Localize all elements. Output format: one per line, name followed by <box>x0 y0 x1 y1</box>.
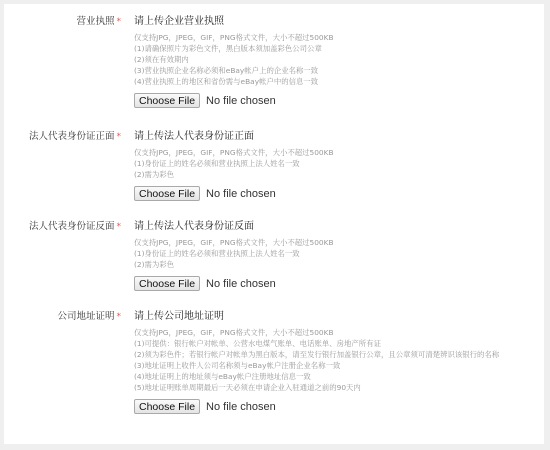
hint-line: 仅支持JPG，JPEG，GIF，PNG格式文件，大小不超过500KB <box>134 147 544 158</box>
file-status: No file chosen <box>206 278 276 290</box>
file-input[interactable]: Choose File No file chosen <box>134 93 544 108</box>
required-asterisk: * <box>117 132 122 142</box>
hint-line: (5)地址证明账单周期最后一天必须在申请企业入驻通道之前的90天内 <box>134 382 544 393</box>
file-input[interactable]: Choose File No file chosen <box>134 276 544 291</box>
hint-line: 仅支持JPG，JPEG，GIF，PNG格式文件，大小不超过500KB <box>134 327 544 338</box>
upload-form-panel: 营业执照* 请上传企业营业执照 仅支持JPG，JPEG，GIF，PNG格式文件，… <box>4 4 544 444</box>
file-status: No file chosen <box>206 95 276 107</box>
hint-line: (2)须为彩色件；若银行帐户对帐单为黑白版本，请至发行银行加盖银行公章，且公章须… <box>134 349 514 360</box>
upload-title: 请上传法人代表身份证反面 <box>134 220 544 234</box>
hint-line: (1)身份证上的姓名必须和营业执照上法人姓名一致 <box>134 248 544 259</box>
hint-line: (3)营业执照企业名称必须和eBay帐户上的企业名称一致 <box>134 65 544 76</box>
hint-line: (1)请确保照片为彩色文件，黑白版本须加盖彩色公司公章 <box>134 43 544 54</box>
hint-line: (1)可提供：银行帐户对帐单、公营水电煤气账单、电话账单、房地产所有证 <box>134 338 544 349</box>
choose-file-button[interactable]: Choose File <box>134 93 200 108</box>
choose-file-button[interactable]: Choose File <box>134 186 200 201</box>
choose-file-button[interactable]: Choose File <box>134 399 200 414</box>
hint-line: (2)须在有效期内 <box>134 54 544 65</box>
hint-line: (2)需为彩色 <box>134 169 544 180</box>
upload-title: 请上传企业营业执照 <box>134 15 544 29</box>
field-label: 营业执照* <box>4 15 121 29</box>
file-input[interactable]: Choose File No file chosen <box>134 186 544 201</box>
file-status: No file chosen <box>206 188 276 200</box>
required-asterisk: * <box>117 222 122 232</box>
field-label: 法人代表身份证反面* <box>4 220 121 234</box>
required-asterisk: * <box>117 312 122 322</box>
file-input[interactable]: Choose File No file chosen <box>134 399 544 414</box>
hint-line: (3)地址证明上收件人公司名称须与eBay帐户注册企业名称一致 <box>134 360 544 371</box>
hint-line: 仅支持JPG，JPEG，GIF，PNG格式文件，大小不超过500KB <box>134 237 544 248</box>
file-status: No file chosen <box>206 401 276 413</box>
field-label: 法人代表身份证正面* <box>4 130 121 144</box>
hint-line: (4)营业执照上的地区和省份需与eBay帐户中的信息一致 <box>134 76 544 87</box>
required-asterisk: * <box>117 17 122 27</box>
upload-title: 请上传公司地址证明 <box>134 310 544 324</box>
hint-line: (1)身份证上的姓名必须和营业执照上法人姓名一致 <box>134 158 544 169</box>
hint-line: (2)需为彩色 <box>134 259 544 270</box>
upload-title: 请上传法人代表身份证正面 <box>134 130 544 144</box>
field-label: 公司地址证明* <box>4 310 121 324</box>
hint-line: 仅支持JPG，JPEG，GIF，PNG格式文件，大小不超过500KB <box>134 32 544 43</box>
hint-line: (4)地址证明上的地址须与eBay帐户注册地址信息一致 <box>134 371 544 382</box>
choose-file-button[interactable]: Choose File <box>134 276 200 291</box>
